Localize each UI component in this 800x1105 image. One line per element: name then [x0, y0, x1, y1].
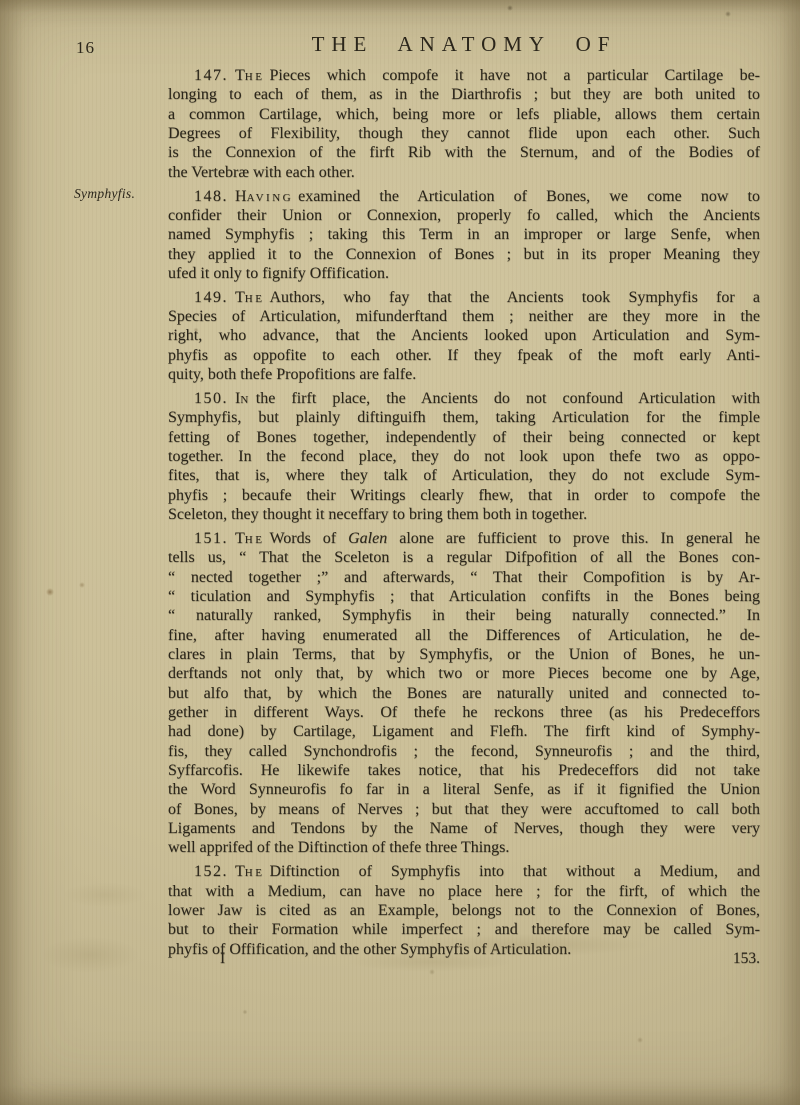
signature-mark: I: [168, 950, 225, 968]
paragraph-148: 148.Havingexamined the Articulation of B…: [168, 187, 760, 284]
text-line: a common Cartilage, which, being more or…: [168, 105, 760, 124]
text-segment: Diftinction of Symphyfis into that witho…: [269, 863, 760, 880]
paragraph-147: 147.ThePieces which compofe it have not …: [168, 66, 760, 182]
text-line: gether in different Ways. Of thefe he re…: [168, 703, 760, 722]
text-line: lower Jaw is cited as an Example, belong…: [168, 901, 760, 920]
page-footer: I 153.: [168, 950, 760, 968]
opening-word: The: [235, 530, 269, 547]
text-line: 149.TheAuthors, who fay that the Ancient…: [168, 288, 760, 307]
text-line: Species of Articulation, mifunderftand t…: [168, 307, 760, 326]
text-line: they applied it to the Connexion of Bone…: [168, 245, 760, 264]
text-line: derftands not only that, by which two or…: [168, 664, 760, 683]
text-segment: Words of: [269, 530, 348, 547]
text-line: 148.Havingexamined the Articulation of B…: [168, 187, 760, 206]
text-line: fites, that is, where they talk of Artic…: [168, 466, 760, 485]
text-line: together. In the fecond place, they do n…: [168, 447, 760, 466]
text-line: Sceleton, they thought it neceffary to b…: [168, 505, 760, 524]
text-line: Ligaments and Tendons by the Name of Ner…: [168, 819, 760, 838]
page-number: 16: [76, 38, 95, 58]
text-line: had done) by Cartilage, Ligament and Fle…: [168, 722, 760, 741]
opening-word: In: [235, 390, 256, 407]
text-line: tells us, “ That the Sceleton is a regul…: [168, 548, 760, 567]
text-line: fis, they called Synchondrofis ; the fec…: [168, 742, 760, 761]
text-line: but alfo that, by which the Bones are na…: [168, 684, 760, 703]
paragraph-number: 151.: [194, 530, 235, 547]
text-line: is the Connexion of the firft Rib with t…: [168, 143, 760, 162]
paragraph-number: 152.: [194, 863, 235, 880]
text-line: ufed it only to fignify Offification.: [168, 264, 760, 283]
text-line: phyfis as oppofite to each other. If the…: [168, 346, 760, 365]
paragraph-149: 149.TheAuthors, who fay that the Ancient…: [168, 288, 760, 385]
margin-note-symphysis: Symphyfis.: [74, 186, 166, 202]
text-line: “ naturally ranked, Symphyfis in their b…: [168, 606, 760, 625]
text-segment: Authors, who fay that the Ancients took …: [269, 289, 760, 306]
text-line: that with a Medium, can have no place he…: [168, 882, 760, 901]
text-line: 150.Inthe firft place, the Ancients do n…: [168, 389, 760, 408]
catchword: 153.: [733, 950, 760, 968]
text-line: fine, after having enumerated all the Di…: [168, 626, 760, 645]
opening-word: The: [235, 863, 269, 880]
paragraph-number: 150.: [194, 390, 235, 407]
text-line: of Bones, by means of Nerves ; but that …: [168, 800, 760, 819]
opening-word: The: [235, 289, 269, 306]
text-line: quity, both thefe Propofitions are falfe…: [168, 365, 760, 384]
text-line: “ ticulation and Symphyfis ; that Articu…: [168, 587, 760, 606]
text-line: Degrees of Flexibility, though they cann…: [168, 124, 760, 143]
text-line: well apprifed of the Diftinction of thef…: [168, 838, 760, 857]
running-title: THE ANATOMY OF: [168, 32, 760, 57]
text-line: clares in plain Terms, that by Symphyfis…: [168, 645, 760, 664]
text-line: 152.TheDiftinction of Symphyfis into tha…: [168, 862, 760, 881]
text-line: fetting of Bones together, independently…: [168, 428, 760, 447]
paragraph-151: 151.TheWords of Galen alone are fufficie…: [168, 529, 760, 858]
text-line: 151.TheWords of Galen alone are fufficie…: [168, 529, 760, 548]
text-line: the Vertebræ with each other.: [168, 163, 760, 182]
text-segment: alone are fufficient to prove this. In g…: [387, 530, 760, 547]
paragraph-150: 150.Inthe firft place, the Ancients do n…: [168, 389, 760, 524]
book-page: 16 THE ANATOMY OF Symphyfis. 147.ThePiec…: [0, 0, 800, 1105]
text-block: 147.ThePieces which compofe it have not …: [168, 66, 760, 959]
text-line: the Word Synneurofis fo far in a literal…: [168, 780, 760, 799]
text-line: but to their Formation while imperfect ;…: [168, 920, 760, 939]
text-line: phyfis ; becaufe their Writings clearly …: [168, 486, 760, 505]
text-line: longing to each of them, as in the Diart…: [168, 85, 760, 104]
text-line: 147.ThePieces which compofe it have not …: [168, 66, 760, 85]
italic-text: Galen: [348, 530, 387, 547]
text-line: Syffarcofis. He likewife takes notice, t…: [168, 761, 760, 780]
text-segment: examined the Articulation of Bones, we c…: [298, 188, 760, 205]
text-line: Symphyfis, but plainly diftinguifh them,…: [168, 408, 760, 427]
text-line: right, who advance, that the Ancients lo…: [168, 326, 760, 345]
paragraph-number: 149.: [194, 289, 235, 306]
paragraph-152: 152.TheDiftinction of Symphyfis into tha…: [168, 862, 760, 959]
text-segment: Pieces which compofe it have not a parti…: [269, 67, 760, 84]
paragraph-number: 148.: [194, 188, 235, 205]
opening-word: Having: [235, 188, 298, 205]
text-line: confider their Union or Connexion, prope…: [168, 206, 760, 225]
text-line: “ nected together ;” and afterwards, “ T…: [168, 568, 760, 587]
text-line: named Symphyfis ; taking this Term in an…: [168, 225, 760, 244]
text-segment: the firft place, the Ancients do not con…: [256, 390, 760, 407]
opening-word: The: [235, 67, 269, 84]
paragraph-number: 147.: [194, 67, 235, 84]
